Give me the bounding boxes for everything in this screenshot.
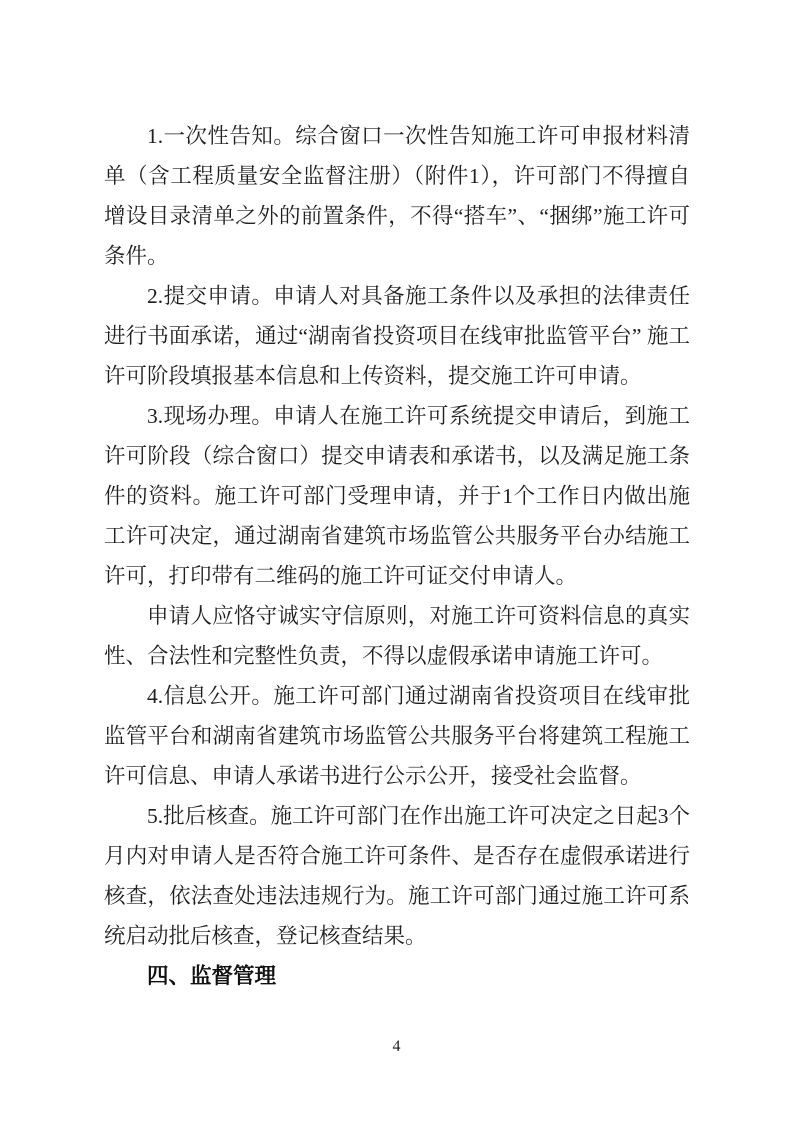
section-heading-supervision: 四、监督管理 — [104, 956, 690, 996]
paragraph-post-approval-check: 5.批后核查。施工许可部门在作出施工许可决定之日起3个月内对申请人是否符合施工许… — [104, 796, 690, 956]
paragraph-one-time-notification: 1.一次性告知。综合窗口一次性告知施工许可申报材料清单（含工程质量安全监督注册）… — [104, 116, 690, 276]
paragraph-information-disclosure: 4.信息公开。施工许可部门通过湖南省投资项目在线审批监管平台和湖南省建筑市场监管… — [104, 676, 690, 796]
page-footer: 4 — [0, 1036, 793, 1058]
paragraph-applicant-integrity: 申请人应恪守诚实守信原则，对施工许可资料信息的真实性、合法性和完整性负责，不得以… — [104, 596, 690, 676]
document-page: 1.一次性告知。综合窗口一次性告知施工许可申报材料清单（含工程质量安全监督注册）… — [0, 0, 793, 1122]
page-number: 4 — [393, 1038, 401, 1055]
paragraph-submit-application: 2.提交申请。申请人对具备施工条件以及承担的法律责任进行书面承诺，通过“湖南省投… — [104, 276, 690, 396]
paragraph-onsite-processing: 3.现场办理。申请人在施工许可系统提交申请后，到施工许可阶段（综合窗口）提交申请… — [104, 396, 690, 596]
document-body: 1.一次性告知。综合窗口一次性告知施工许可申报材料清单（含工程质量安全监督注册）… — [104, 116, 690, 996]
